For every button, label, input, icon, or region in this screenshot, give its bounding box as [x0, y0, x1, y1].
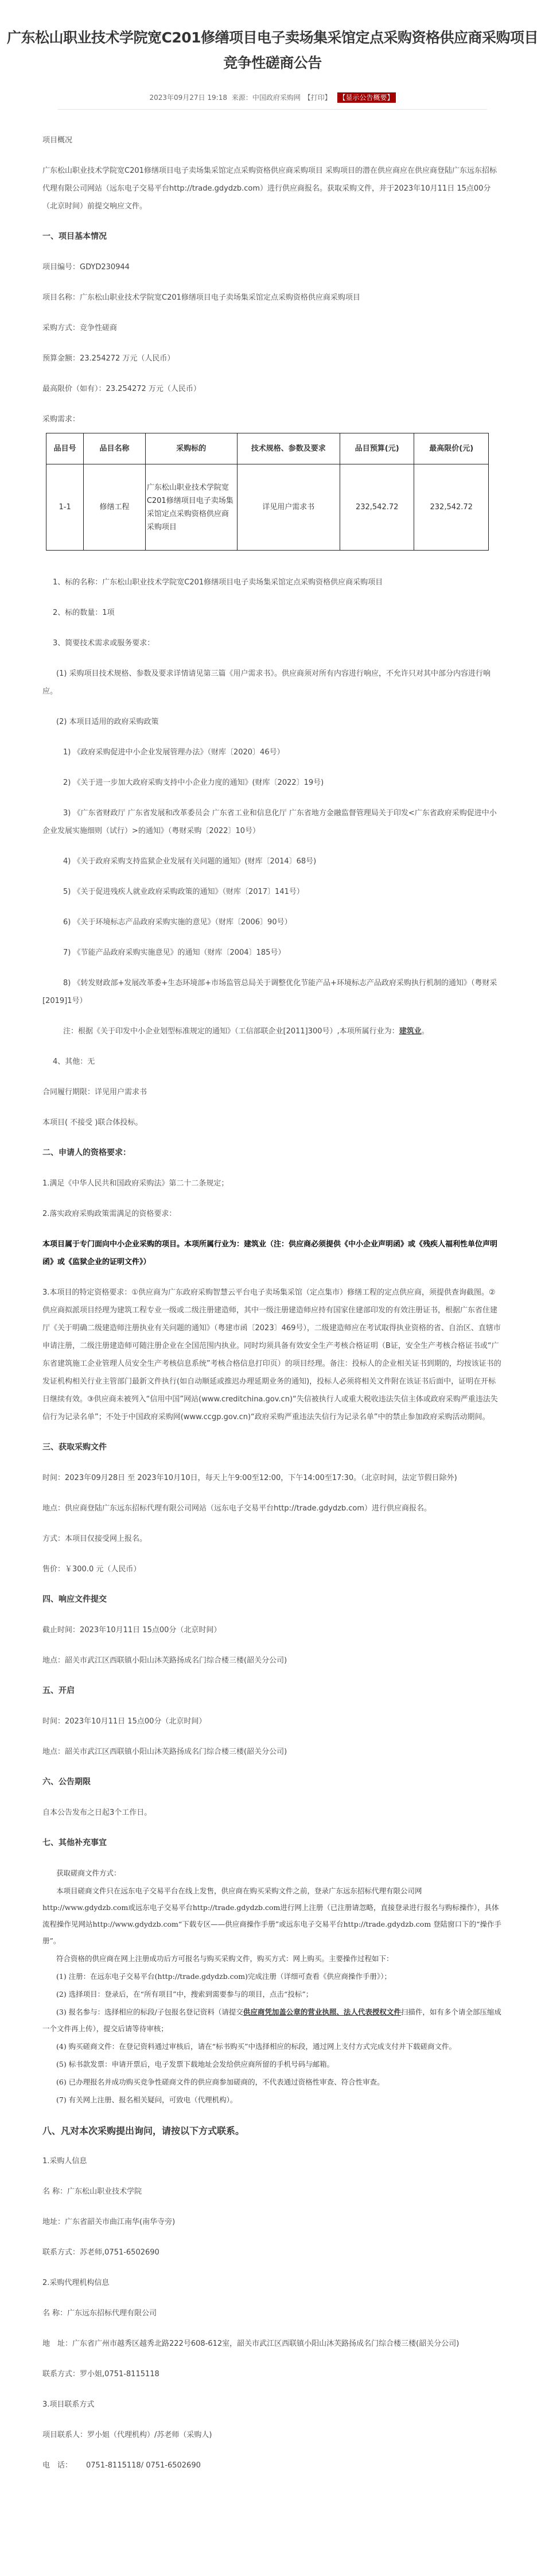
step-note: (6) 已办理报名并成功购买竞争性磋商文件的供应商参加磋商的，不代表通过资格性审…	[42, 2074, 503, 2090]
policy-item: 3) 《广东省财政厅 广东省发展和改革委员会 广东省工业和信息化厅 广东省地方金…	[42, 804, 503, 840]
page-title: 广东松山职业技术学院宽C201修缮项目电子卖场集采馆定点采购资格供应商采购项目竞…	[0, 0, 545, 76]
opening-time: 时间：2023年10月11日 15点00分（北京时间）	[42, 1713, 503, 1730]
policy-item: 6) 《关于环境标志产品政府采购实施的意见》（财库〔2006〕90号）	[42, 913, 503, 931]
cell-item-no: 1-1	[46, 464, 84, 551]
obtain-place: 地点：供应商登陆广东远东招标代理有限公司网站（远东电子交易平台http://tr…	[42, 1500, 503, 1517]
project-number: 项目编号：GDYD230944	[42, 258, 503, 276]
requirements-table: 品目号 品目名称 采购标的 技术规格、参数及要求 品目预算(元) 最高限价(元)…	[46, 433, 489, 551]
policy-item: 8) 《转发财政部+发展改革委+生态环境部+市场监管总局关于调整优化节能产品+环…	[42, 974, 503, 1010]
step-register: (1) 注册：在远东电子交易平台(http://trade.gdydzb.com…	[42, 1968, 503, 1985]
step-select-project: (2) 选择项目：登录后，在“所有项目”中，搜索到需要参与的项目，点击“投标”；	[42, 1986, 503, 2002]
project-name: 项目名称：广东松山职业技术学院宽C201修缮项目电子卖场集采馆定点采购资格供应商…	[42, 289, 503, 307]
obtain-method: 方式：本项目仅接受网上报名。	[42, 1530, 503, 1548]
step-enroll-emphasis: 供应商凭加盖公章的营业执照、法人代表授权文件	[243, 2008, 401, 2016]
notice-period: 自本公告发布之日起3个工作日。	[42, 1804, 503, 1822]
agency-heading: 2.采购代理机构信息	[42, 2274, 503, 2292]
industry-value: 建筑业	[399, 1027, 422, 1036]
step-contact: (7) 有关网上注册、报名相关疑问，可致电（代理机构）。	[42, 2091, 503, 2108]
industry-note-text: 注：根据《关于印发中小企业划型标准规定的通知》（工信部联企业[2011]300号…	[63, 1027, 399, 1036]
table-header-row: 品目号 品目名称 采购标的 技术规格、参数及要求 品目预算(元) 最高限价(元)	[46, 433, 489, 464]
section-heading-6: 六、公告期限	[42, 1773, 503, 1791]
purchaser-heading: 1.采购人信息	[42, 2152, 503, 2170]
obtain-price: 售价：￥300.0 元（人民币）	[42, 1560, 503, 1578]
policy-item: 2) 《关于进一步加大政府采购支持中小企业力度的通知》(财库〔2022〕19号)	[42, 774, 503, 792]
step-invoice: (5) 标书款发票：申请开票后，电子发票下载地址会发给供应商所留的手机号码与邮箱…	[42, 2056, 503, 2073]
section-heading-1: 一、项目基本情况	[42, 228, 503, 246]
step-enroll: (3) 报名参与：选择相应的标段/子包报名登记资料（请提交供应商凭加盖公章的营业…	[42, 2004, 503, 2037]
cell-spec: 详见用户需求书	[237, 464, 340, 551]
show-summary-button[interactable]: 【显示公告概要】	[337, 92, 396, 103]
phone-label: 电 话：	[42, 2461, 72, 2470]
cell-max-price: 232,542.72	[414, 464, 489, 551]
industry-note: 注：根据《关于印发中小企业划型标准规定的通知》（工信部联企业[2011]300号…	[42, 1022, 503, 1040]
opening-place: 地点：韶关市武江区西联镇小阳山沐芙路扬成名门综合楼三楼(韶关分公司)	[42, 1743, 503, 1761]
supplementary-block: 获取磋商文件方式： 本项目磋商文件只在远东电子交易平台在线上发售，供应商在购买采…	[42, 1865, 503, 2108]
agency-name: 名 称：广东远东招标代理有限公司	[42, 2304, 503, 2322]
max-price: 最高限价（如有）：23.254272 万元（人民币）	[42, 380, 503, 398]
tech-requirements-label: 3、简要技术需求或服务要求：	[42, 634, 503, 652]
procurement-method: 采购方式：竞争性磋商	[42, 319, 503, 337]
submit-place: 地点：韶关市武江区西联镇小阳山沐芙路扬成名门综合楼三楼(韶关分公司)	[42, 1652, 503, 1669]
print-link[interactable]: 【打印】	[304, 92, 332, 103]
step-buy-docs: (4) 购买磋商文件：在登记资料通过审核后，请在“标书购买”中选择相应的标段，通…	[42, 2038, 503, 2055]
overview-heading: 项目概况	[42, 131, 503, 149]
col-budget: 品目预算(元)	[340, 433, 414, 464]
col-item-name: 品目名称	[84, 433, 146, 464]
table-row: 1-1 修缮工程 广东松山职业技术学院宽C201修缮项目电子卖场集采馆定点采购资…	[46, 464, 489, 551]
obtain-docs-label: 获取磋商文件方式：	[42, 1865, 503, 1881]
contract-period: 合同履行期限：详见用户需求书	[42, 1083, 503, 1101]
subject-name: 1、标的名称：广东松山职业技术学院宽C201修缮项目电子卖场集采馆定点采购资格供…	[42, 574, 503, 591]
budget-amount: 预算金额：23.254272 万元（人民币）	[42, 350, 503, 367]
agency-contact: 联系方式：罗小姐,0751-8115118	[42, 2365, 503, 2383]
qualification-1: 1.满足《中华人民共和国政府采购法》第二十二条规定；	[42, 1175, 503, 1192]
cell-item-name: 修缮工程	[84, 464, 146, 551]
section-heading-8: 八、凡对本次采购提出询问，请按以下方式联系。	[42, 2122, 503, 2140]
col-spec: 技术规格、参数及要求	[237, 433, 340, 464]
obtain-docs-para: 本项目磋商文件只在远东电子交易平台在线上发售，供应商在购买采购文件之前，登录广东…	[42, 1882, 503, 1949]
step-enroll-text: (3) 报名参与：选择相应的标段/子包报名登记资料（请提交	[56, 2008, 243, 2016]
purchaser-address: 地址：广东省韶关市曲江南华(南华寺旁)	[42, 2213, 503, 2231]
other-info: 4、其他：无	[42, 1053, 503, 1071]
phone-value: 0751-8115118/ 0751-6502690	[86, 2461, 201, 2470]
industry-note-end: 。	[422, 1027, 429, 1036]
section-heading-2: 二、申请人的资格要求：	[42, 1144, 503, 1162]
article-body: 项目概况 广东松山职业技术学院宽C201修缮项目电子卖场集采馆定点采购资格供应商…	[42, 110, 503, 2474]
project-contact-person: 项目联系人：罗小姐（代理机构）/苏老师（采购人)	[42, 2426, 503, 2444]
project-phone: 电 话：0751-8115118/ 0751-6502690	[42, 2457, 503, 2474]
demand-label: 采购需求：	[42, 410, 503, 428]
col-item-no: 品目号	[46, 433, 84, 464]
col-max-price: 最高限价(元)	[414, 433, 489, 464]
submit-deadline: 截止时间：2023年10月11日 15点00分（北京时间）	[42, 1621, 503, 1639]
announcement-page: 广东松山职业技术学院宽C201修缮项目电子卖场集采馆定点采购资格供应商采购项目竞…	[0, 0, 545, 2510]
meta-bar: 2023年09月27日 19:18 来源：中国政府采购网 【打印】 【显示公告概…	[0, 92, 545, 102]
policy-item: 1) 《政府采购促进中小企业发展管理办法》（财库〔2020〕46号）	[42, 743, 503, 761]
project-contact-heading: 3.项目联系方式	[42, 2396, 503, 2414]
section-heading-4: 四、响应文件提交	[42, 1591, 503, 1609]
source-name: 中国政府采购网	[252, 92, 301, 103]
source-label: 来源：	[232, 92, 252, 103]
cell-budget: 232,542.72	[340, 464, 414, 551]
purchaser-contact: 联系方式：苏老师,0751-6502690	[42, 2244, 503, 2261]
purchase-intro: 符合资格的供应商在网上注册成功后方可报名与购买采购文件，购买方式：网上购买。主要…	[42, 1950, 503, 1967]
obtain-time: 时间：2023年09月28日 至 2023年10月10日，每天上午9:00至12…	[42, 1469, 503, 1487]
policy-item: 4) 《关于政府采购支持监狱企业发展有关问题的通知》(财库〔2014〕68号)	[42, 853, 503, 870]
qualification-3: 3.本项目的特定资格要求：①供应商为广东政府采购智慧云平台电子卖场集采馆（定点集…	[42, 1284, 503, 1426]
section-heading-5: 五、开启	[42, 1682, 503, 1700]
sme-note: 本项目属于专门面向中小企业采购的项目。本项所属行业为：建筑业（注：供应商必须提供…	[42, 1235, 503, 1271]
section-heading-7: 七、其他补充事宜	[42, 1834, 503, 1852]
policy-item: 5) 《关于促进残疾人就业政府采购政策的通知》（财库〔2017〕141号）	[42, 883, 503, 901]
overview-text: 广东松山职业技术学院宽C201修缮项目电子卖场集采馆定点采购资格供应商采购项目 …	[42, 162, 503, 215]
consortium-note: 本项目( 不接受 )联合体投标。	[42, 1114, 503, 1132]
agency-address: 地 址：广东省广州市越秀区越秀北路222号608-612室，韶关市武江区西联镇小…	[42, 2335, 503, 2353]
publish-date: 2023年09月27日 19:18	[149, 92, 227, 103]
purchaser-name: 名 称：广东松山职业技术学院	[42, 2183, 503, 2201]
col-subject: 采购标的	[145, 433, 237, 464]
cell-subject: 广东松山职业技术学院宽C201修缮项目电子卖场集采馆定点采购资格供应商采购项目	[145, 464, 237, 551]
policy-item: 7) 《节能产品政府采购实施意见》的通知（财库〔2004〕185号）	[42, 944, 503, 962]
policy-label: (2) 本项目适用的政府采购政策	[42, 713, 503, 731]
qualification-2: 2.落实政府采购政策需满足的资格要求：	[42, 1205, 503, 1223]
subject-quantity: 2、标的数量：1项	[42, 604, 503, 622]
tech-requirements-1: (1) 采购项目技术规格、参数及要求详情请见第三篇《用户需求书》。供应商须对所有…	[42, 665, 503, 700]
section-heading-3: 三、获取采购文件	[42, 1439, 503, 1456]
